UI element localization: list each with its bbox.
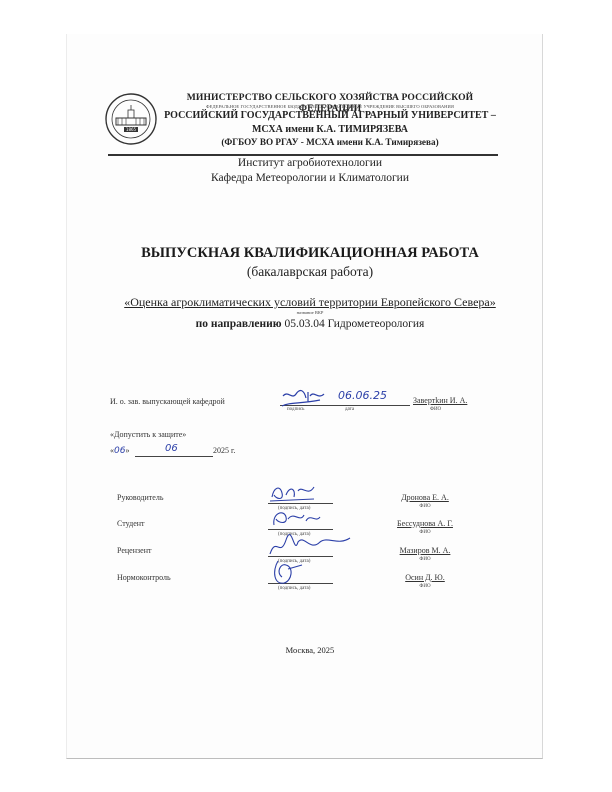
document-title: ВЫПУСКНАЯ КВАЛИФИКАЦИОННАЯ РАБОТА — [100, 245, 520, 262]
handwritten-signature — [268, 505, 358, 535]
signatory-name: Бессуднова А. Г. — [395, 519, 455, 528]
document-subtitle: (бакалаврская работа) — [100, 264, 520, 280]
admit-year: 2025 г. — [213, 446, 235, 455]
signatory-name-caption: ФИО — [395, 557, 455, 562]
signatory-role: Рецензент — [117, 546, 152, 555]
signatory-name: Дронова Е. А. — [395, 493, 455, 502]
department-name: Кафедра Метеорологии и Климатологии — [200, 172, 420, 184]
institute-name: Институт агробиотехнологии — [200, 157, 420, 169]
handwritten-signature — [268, 559, 358, 589]
approval-name: Завертkин И. А. — [413, 396, 467, 405]
university-name: РОССИЙСКИЙ ГОСУДАРСТВЕННЫЙ АГРАРНЫЙ УНИВ… — [160, 110, 500, 121]
admit-date: «06» — [110, 446, 129, 456]
admit-month: 06 — [165, 443, 178, 454]
institution-type: ФЕДЕРАЛЬНОЕ ГОСУДАРСТВЕННОЕ БЮДЖЕТНОЕ ОБ… — [160, 104, 500, 109]
city-year: Москва, 2025 — [200, 645, 420, 655]
signatory-name: Осин Д. Ю. — [395, 573, 455, 582]
signatory-role: Студент — [117, 519, 145, 528]
thesis-topic: «Оценка агроклиматических условий террит… — [100, 295, 520, 310]
approval-date-caption: дата — [345, 407, 354, 412]
signatory-role: Руководитель — [117, 493, 163, 502]
admit-label: «Допустить к защите» — [110, 430, 186, 439]
signatory-role: Нормоконтроль — [117, 573, 171, 582]
header-divider — [108, 154, 498, 156]
signatory-name: Мазиров М. А. — [395, 546, 455, 555]
signature-caption: (подпись, дата) — [278, 586, 310, 591]
handwritten-signature — [268, 532, 358, 562]
direction-value: 05.03.04 Гидрометеорология — [284, 318, 424, 330]
approval-name-caption: ФИО — [430, 407, 441, 412]
university-abbreviation: (ФГБОУ ВО РГАУ - МСХА имени К.А. Тимиряз… — [160, 137, 500, 147]
signatory-name-caption: ФИО — [395, 504, 455, 509]
direction-label: по направлению — [196, 318, 282, 330]
study-direction: по направлению 05.03.04 Гидрометеорологи… — [100, 318, 520, 330]
university-name-line2: МСХА имени К.А. ТИМИРЯЗЕВА — [160, 124, 500, 135]
approval-date-handwritten: 06.06.25 — [338, 389, 387, 402]
approval-signature-caption: подпись — [287, 407, 304, 412]
university-seal-icon: 1865 — [104, 92, 158, 146]
admit-month-line — [135, 456, 213, 457]
svg-text:1865: 1865 — [126, 127, 137, 132]
signatory-name-caption: ФИО — [395, 530, 455, 535]
signatory-name-caption: ФИО — [395, 584, 455, 589]
approval-role: И. о. зав. выпускающей кафедрой — [110, 397, 225, 406]
thesis-topic-caption: название ВКР — [100, 310, 520, 315]
admit-day: 06 — [114, 446, 125, 456]
